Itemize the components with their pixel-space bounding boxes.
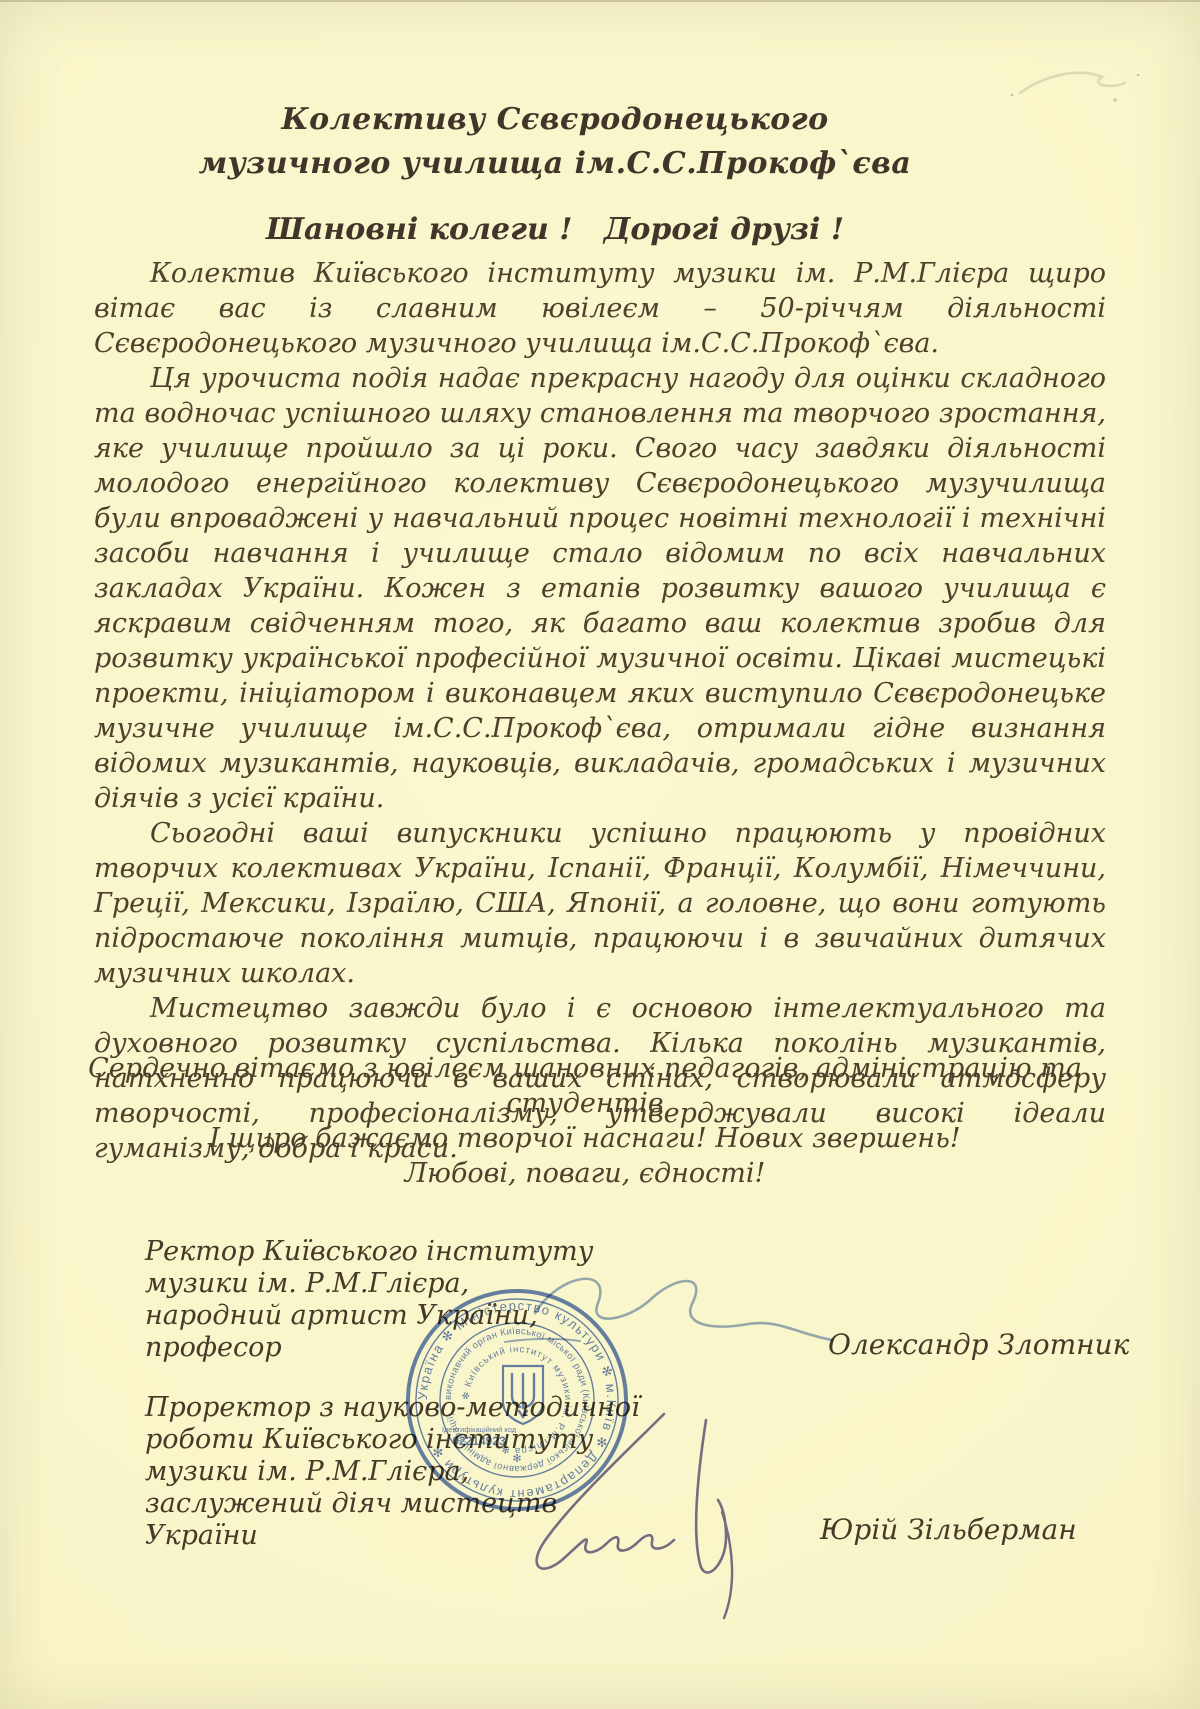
- paragraph-2: Ця урочиста подія надає прекрасну нагоду…: [94, 361, 1106, 816]
- signature-zlotnyk: [500, 1258, 860, 1368]
- recipient-line-1: Колективу Сєвєродонецького: [0, 98, 1110, 142]
- closing-block: Сердечно вітаємо з ювілеєм шановних педа…: [45, 1051, 1125, 1191]
- signature-zilberman: [478, 1392, 818, 1642]
- letter-page: Колективу Сєвєродонецького музичного учи…: [0, 0, 1200, 1709]
- letter-body: Колектив Київського інституту музики ім.…: [94, 256, 1106, 1166]
- paragraph-1: Колектив Київського інституту музики ім.…: [94, 256, 1106, 361]
- closing-line-1: Сердечно вітаємо з ювілеєм шановних педа…: [45, 1051, 1125, 1121]
- signatory-1-name: Олександр Злотник: [828, 1328, 1129, 1361]
- recipient-line-2: музичного училища ім.С.С.Прокоф`єва: [0, 142, 1110, 186]
- closing-line-3: Любові, поваги, єдності!: [45, 1156, 1125, 1191]
- signatory-2-name: Юрій Зільберман: [820, 1513, 1077, 1546]
- paragraph-3: Сьогодні ваші випускники успішно працюют…: [94, 816, 1106, 991]
- closing-line-2: І щиро бажаємо творчої наснаги! Нових зв…: [45, 1121, 1125, 1156]
- recipient-block: Колективу Сєвєродонецького музичного учи…: [0, 98, 1110, 186]
- salutation-heading: Шановні колеги ! Дорогі друзі !: [0, 212, 1110, 247]
